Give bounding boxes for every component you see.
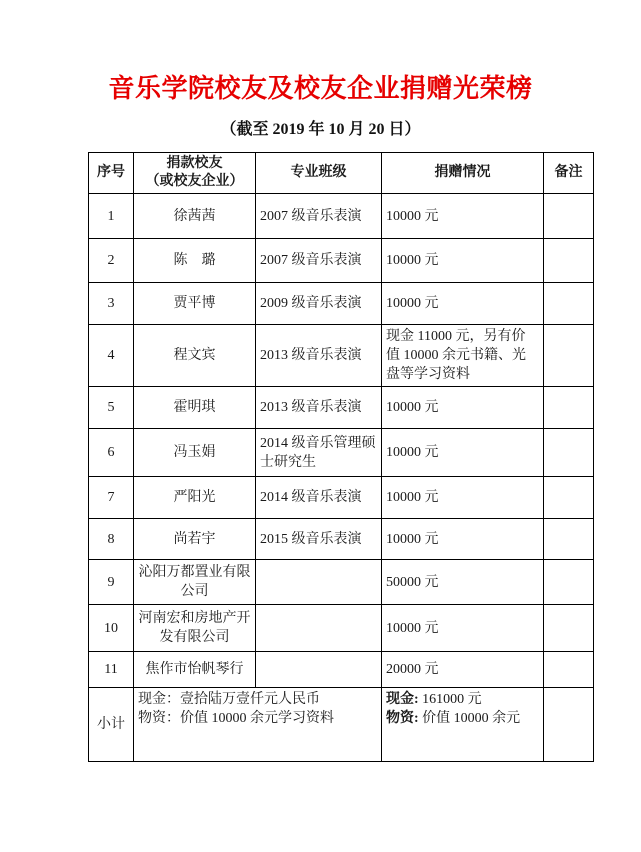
donation-cell: 现金 11000 元，另有价值 10000 余元书籍、光盘等学习资料 <box>382 325 544 387</box>
row-index-cell: 1 <box>89 194 134 239</box>
col-header-donor-line2: （或校友企业） <box>146 174 244 189</box>
donor-cell: 严阳光 <box>134 477 256 519</box>
subtotal-amounts-cell: 现金: 161000 元 物资: 价值 10000 余元 <box>382 688 544 762</box>
major-cell: 2015 级音乐表演 <box>256 519 382 560</box>
col-header-index: 序号 <box>89 153 134 194</box>
remark-cell <box>544 283 594 325</box>
subtotal-cash-words: 现金：壹拾陆万壹仟元人民币 <box>138 692 320 707</box>
row-index-cell: 6 <box>89 429 134 477</box>
major-cell <box>256 605 382 652</box>
table-row: 3 贾平博 2009 级音乐表演 10000 元 <box>89 283 594 325</box>
subtotal-label-cell: 小计 <box>89 688 134 762</box>
row-index-cell: 9 <box>89 560 134 605</box>
subtotal-detail-cell: 现金：壹拾陆万壹仟元人民币 物资：价值 10000 余元学习资料 <box>134 688 382 762</box>
remark-cell <box>544 519 594 560</box>
page-title: 音乐学院校友及校友企业捐赠光荣榜 <box>0 0 641 104</box>
major-cell <box>256 652 382 688</box>
major-cell: 2013 级音乐表演 <box>256 387 382 429</box>
document-page: 音乐学院校友及校友企业捐赠光荣榜 （截至 2019 年 10 月 20 日） 序… <box>0 0 641 852</box>
row-index-cell: 7 <box>89 477 134 519</box>
donation-cell: 10000 元 <box>382 387 544 429</box>
as-of-date: （截至 2019 年 10 月 20 日） <box>0 104 641 139</box>
major-cell: 2007 级音乐表演 <box>256 194 382 239</box>
donor-cell: 徐茜茜 <box>134 194 256 239</box>
donation-cell: 10000 元 <box>382 429 544 477</box>
row-index-cell: 8 <box>89 519 134 560</box>
table-row: 6 冯玉娟 2014 级音乐管理硕士研究生 10000 元 <box>89 429 594 477</box>
remark-cell <box>544 477 594 519</box>
donor-cell: 尚若宇 <box>134 519 256 560</box>
donation-cell: 10000 元 <box>382 239 544 283</box>
donation-cell: 20000 元 <box>382 652 544 688</box>
remark-cell <box>544 605 594 652</box>
row-index-cell: 4 <box>89 325 134 387</box>
donor-cell: 霍明琪 <box>134 387 256 429</box>
donor-cell: 焦作市怡帆琴行 <box>134 652 256 688</box>
remark-cell <box>544 239 594 283</box>
table-row: 4 程文宾 2013 级音乐表演 现金 11000 元，另有价值 10000 余… <box>89 325 594 387</box>
row-index-cell: 11 <box>89 652 134 688</box>
subtotal-cash-label: 现金: <box>386 692 419 707</box>
donation-cell: 50000 元 <box>382 560 544 605</box>
table-row: 10 河南宏和房地产开发有限公司 10000 元 <box>89 605 594 652</box>
col-header-remark: 备注 <box>544 153 594 194</box>
table-row: 8 尚若宇 2015 级音乐表演 10000 元 <box>89 519 594 560</box>
major-cell: 2014 级音乐管理硕士研究生 <box>256 429 382 477</box>
donor-cell: 河南宏和房地产开发有限公司 <box>134 605 256 652</box>
donor-cell: 陈 璐 <box>134 239 256 283</box>
remark-cell <box>544 387 594 429</box>
row-index-cell: 2 <box>89 239 134 283</box>
remark-cell <box>544 652 594 688</box>
col-header-major: 专业班级 <box>256 153 382 194</box>
row-index-cell: 5 <box>89 387 134 429</box>
col-header-donor: 捐款校友 （或校友企业） <box>134 153 256 194</box>
subtotal-goods-words: 物资：价值 10000 余元学习资料 <box>138 711 334 726</box>
remark-cell <box>544 688 594 762</box>
remark-cell <box>544 429 594 477</box>
header-row: 序号 捐款校友 （或校友企业） 专业班级 捐赠情况 备注 <box>89 153 594 194</box>
remark-cell <box>544 325 594 387</box>
subtotal-row: 小计 现金：壹拾陆万壹仟元人民币 物资：价值 10000 余元学习资料 现金: … <box>89 688 594 762</box>
donation-cell: 10000 元 <box>382 477 544 519</box>
remark-cell <box>544 194 594 239</box>
table-row: 11 焦作市怡帆琴行 20000 元 <box>89 652 594 688</box>
major-cell <box>256 560 382 605</box>
subtotal-goods-label: 物资: <box>386 711 419 726</box>
donation-cell: 10000 元 <box>382 194 544 239</box>
donation-cell: 10000 元 <box>382 519 544 560</box>
table-row: 7 严阳光 2014 级音乐表演 10000 元 <box>89 477 594 519</box>
donor-cell: 沁阳万都置业有限公司 <box>134 560 256 605</box>
subtotal-cash-value: 161000 元 <box>422 692 482 707</box>
donor-cell: 程文宾 <box>134 325 256 387</box>
subtotal-goods-value: 价值 10000 余元 <box>422 711 520 726</box>
col-header-donation: 捐赠情况 <box>382 153 544 194</box>
table-row: 5 霍明琪 2013 级音乐表演 10000 元 <box>89 387 594 429</box>
table-row: 9 沁阳万都置业有限公司 50000 元 <box>89 560 594 605</box>
major-cell: 2014 级音乐表演 <box>256 477 382 519</box>
row-index-cell: 10 <box>89 605 134 652</box>
donor-cell: 冯玉娟 <box>134 429 256 477</box>
donor-cell: 贾平博 <box>134 283 256 325</box>
table-row: 1 徐茜茜 2007 级音乐表演 10000 元 <box>89 194 594 239</box>
donation-cell: 10000 元 <box>382 605 544 652</box>
row-index-cell: 3 <box>89 283 134 325</box>
major-cell: 2007 级音乐表演 <box>256 239 382 283</box>
table-row: 2 陈 璐 2007 级音乐表演 10000 元 <box>89 239 594 283</box>
donation-table: 序号 捐款校友 （或校友企业） 专业班级 捐赠情况 备注 1 徐茜茜 2007 … <box>88 152 594 762</box>
col-header-donor-line1: 捐款校友 <box>167 156 223 171</box>
major-cell: 2009 级音乐表演 <box>256 283 382 325</box>
donation-cell: 10000 元 <box>382 283 544 325</box>
remark-cell <box>544 560 594 605</box>
major-cell: 2013 级音乐表演 <box>256 325 382 387</box>
